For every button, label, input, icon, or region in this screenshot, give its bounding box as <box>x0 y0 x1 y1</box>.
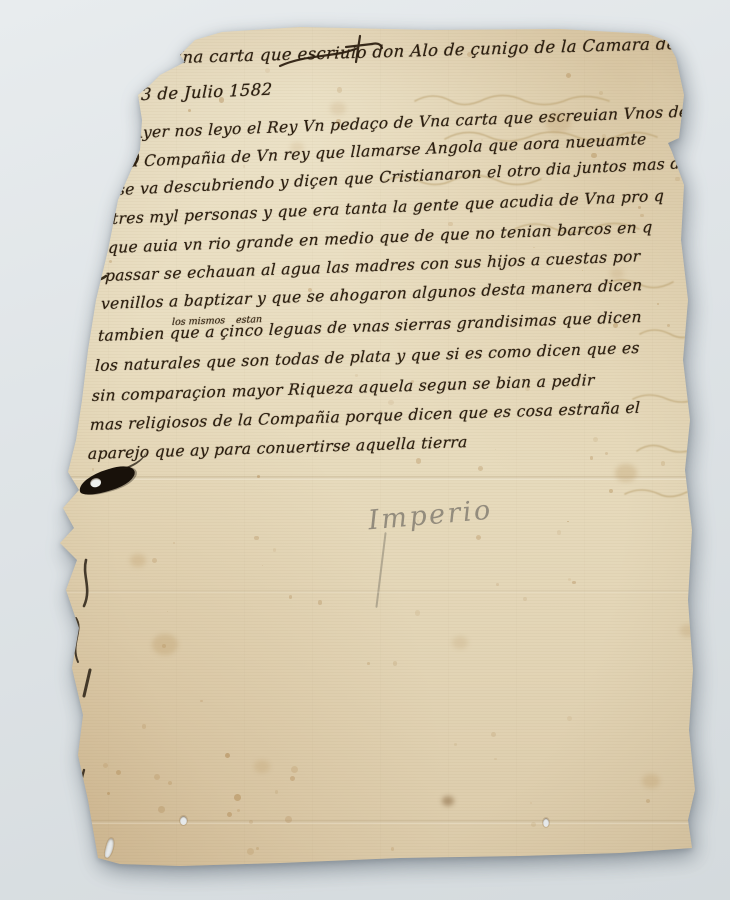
foxing-spot <box>531 822 536 827</box>
worm-hole <box>180 816 187 825</box>
foxing-spot <box>572 581 575 584</box>
left-edge-ink-marks <box>54 552 114 822</box>
aging-stain <box>130 554 146 567</box>
foxing-spot <box>249 820 253 824</box>
interlinear-note: estan <box>236 314 262 326</box>
foxing-spot <box>557 530 561 534</box>
foxing-spot <box>567 716 572 721</box>
foxing-spot <box>66 158 71 163</box>
foxing-spot <box>95 53 97 55</box>
foxing-spot <box>162 644 166 648</box>
paper-tear <box>104 837 116 858</box>
aging-stain <box>152 634 178 655</box>
foxing-spot <box>494 758 497 761</box>
interlinear-note: los mismos <box>172 315 226 328</box>
foxing-spot <box>154 774 160 780</box>
foxing-spot <box>646 799 650 803</box>
foxing-spot <box>200 700 202 702</box>
foxing-spot <box>291 766 298 773</box>
aging-stain <box>642 774 660 788</box>
foxing-spot <box>566 73 571 78</box>
foxing-spot <box>116 770 121 775</box>
foxing-spot <box>391 847 394 850</box>
aging-stain <box>452 636 468 649</box>
foxing-spot <box>275 790 278 793</box>
foxing-spot <box>81 218 84 221</box>
foxing-spot <box>52 505 56 509</box>
foxing-spot <box>415 610 421 616</box>
foxing-spot <box>530 802 532 804</box>
foxing-spot <box>152 558 157 563</box>
foxing-spot <box>234 794 241 801</box>
foxing-spot <box>318 600 323 605</box>
foxing-spot <box>290 776 295 781</box>
foxing-spot <box>568 578 571 581</box>
foxing-spot <box>454 743 457 746</box>
manuscript-paper: Cap de Vna carta que escriuio don Alo de… <box>40 24 698 870</box>
foxing-spot <box>285 816 292 823</box>
foxing-spot <box>78 62 81 65</box>
foxing-spot <box>256 847 259 850</box>
foxing-spot <box>367 662 370 665</box>
aging-stain <box>254 760 270 773</box>
paper-shadow: Cap de Vna carta que escriuio don Alo de… <box>0 0 730 900</box>
fold-crease <box>40 820 698 824</box>
foxing-spot <box>173 542 175 544</box>
fold-crease <box>40 590 698 593</box>
foxing-spot <box>262 565 264 567</box>
foxing-spot <box>476 535 481 540</box>
foxing-spot <box>491 732 496 737</box>
foxing-spot <box>273 548 276 551</box>
foxing-spot <box>225 753 230 758</box>
aging-stain <box>680 624 696 637</box>
foxing-spot <box>289 595 292 598</box>
foxing-spot <box>523 597 527 601</box>
foxing-spot <box>247 848 254 855</box>
photo-background: Cap de Vna carta que escriuio don Alo de… <box>0 0 730 900</box>
foxing-spot <box>227 812 232 817</box>
foxing-spot <box>158 806 165 813</box>
foxing-spot <box>237 809 240 812</box>
foxing-spot <box>567 521 569 523</box>
foxing-spot <box>167 611 169 613</box>
foxing-spot <box>254 536 259 541</box>
foxing-spot <box>496 583 499 586</box>
foxing-spot <box>142 724 147 729</box>
aging-stain <box>442 796 454 806</box>
foxing-spot <box>393 661 397 665</box>
heading-line: Cap de Vna carta que escriuio don Alo de… <box>104 31 730 69</box>
foxing-spot <box>265 68 270 73</box>
pencil-stray-stroke <box>375 532 386 608</box>
worm-hole <box>543 818 549 827</box>
foxing-spot <box>168 781 172 785</box>
